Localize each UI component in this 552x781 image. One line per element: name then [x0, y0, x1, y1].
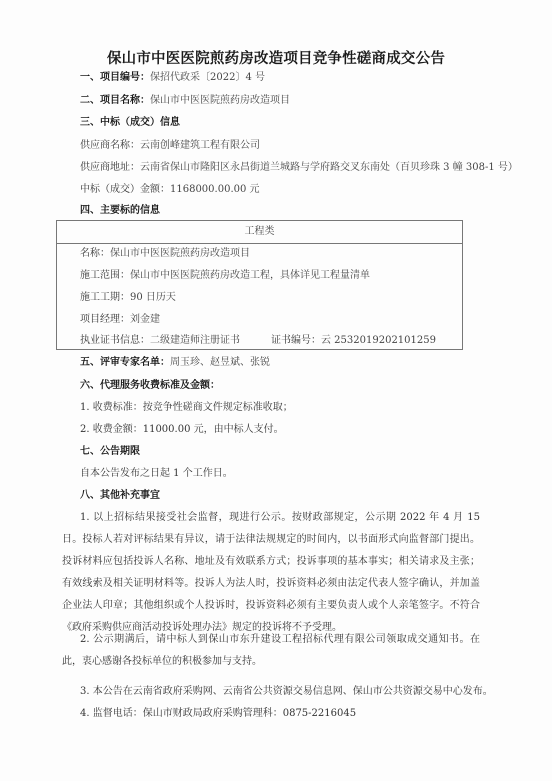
supplier-address-label: 供应商地址：	[80, 162, 140, 173]
cert-number-line: 证书编号：云 2532019202101259	[271, 334, 436, 348]
award-info-heading-line: 三、中标（成交）信息	[80, 116, 180, 130]
experts-heading: 五、评审专家名单：	[80, 357, 170, 368]
project-number-heading: 一、项目编号：	[80, 72, 150, 83]
notice-period-value: 自本公告发布之日起 1 个工作日。	[80, 467, 233, 481]
row-value-duration: 90 日历天	[130, 292, 176, 303]
supplier-address-line: 供应商地址：云南省保山市隆阳区永昌街道兰城路与学府路交叉东南处（百贝珍珠 3 幢…	[80, 161, 518, 175]
project-name-heading: 二、项目名称：	[80, 95, 150, 106]
other-matters-heading: 八、其他补充事宜	[80, 490, 160, 501]
subject-info-heading: 四、主要标的信息	[80, 205, 160, 216]
cert-number-value: 云 2532019202101259	[321, 335, 436, 346]
document-title: 保山市中医医院煎药房改造项目竞争性磋商成交公告	[0, 47, 552, 68]
fee-heading-line: 六、代理服务收费标准及金额：	[80, 379, 220, 393]
document-page: 保山市中医医院煎药房改造项目竞争性磋商成交公告 一、项目编号：保招代政采〔202…	[0, 0, 552, 781]
row-label-license: 执业证书信息：	[80, 335, 150, 346]
table-row: 执业证书信息：二级建造师注册证书	[80, 334, 240, 348]
supplier-address-value: 云南省保山市隆阳区永昌街道兰城路与学府路交叉东南处（百贝珍珠 3 幢 308-1…	[140, 162, 518, 173]
project-name-value: 保山市中医医院煎药房改造项目	[150, 95, 290, 106]
experts-value: 周玉珍、赵昱斌、张锐	[170, 357, 270, 368]
table-row: 名称：保山市中医医院煎药房改造项目	[80, 247, 250, 261]
notice-period-heading: 七、公告期限	[80, 446, 140, 457]
notice-period-heading-line: 七、公告期限	[80, 445, 140, 459]
row-value-scope: 保山市中医医院煎药房改造工程，具体详见工程量清单	[130, 270, 370, 281]
subject-info-table: 工程类	[56, 220, 463, 350]
table-row: 施工工期：90 日历天	[80, 291, 176, 305]
fee-standard-line: 1. 收费标准：按竞争性磋商文件规定标准收取；	[80, 401, 293, 415]
supplier-name-label: 供应商名称：	[80, 140, 140, 151]
supplier-name-value: 云南创峰建筑工程有限公司	[140, 140, 260, 151]
other-matters-para-4: 4. 监督电话：保山市财政局政府采购管理科：0875-2216045	[80, 707, 356, 721]
row-value-license: 二级建造师注册证书	[150, 335, 240, 346]
award-amount-label: 中标（成交）金额：	[80, 184, 170, 195]
row-label-duration: 施工工期：	[80, 292, 130, 303]
fee-heading: 六、代理服务收费标准及金额：	[80, 380, 220, 391]
other-matters-para-1: 1. 以上招标结果接受社会监督，现进行公示。按财政部规定，公示期 2022 年 …	[62, 507, 480, 639]
row-value-name: 保山市中医医院煎药房改造项目	[110, 248, 250, 259]
experts-line: 五、评审专家名单：周玉珍、赵昱斌、张锐	[80, 356, 270, 370]
cert-number-label: 证书编号：	[271, 335, 321, 346]
row-label-scope: 施工范围：	[80, 270, 130, 281]
subject-info-heading-line: 四、主要标的信息	[80, 204, 160, 218]
table-row: 施工范围：保山市中医医院煎药房改造工程，具体详见工程量清单	[80, 269, 370, 283]
project-number-line: 一、项目编号：保招代政采〔2022〕4 号	[80, 71, 265, 85]
award-info-heading: 三、中标（成交）信息	[80, 117, 180, 128]
other-matters-para-3: 3. 本公告在云南省政府采购网、云南省公共资源交易信息网、保山市公共资源交易中心…	[80, 685, 493, 699]
other-matters-para-2: 2. 公示期满后，请中标人到保山市东升建设工程招标代理有限公司领取成交通知书。在…	[62, 629, 480, 673]
row-label-name: 名称：	[80, 248, 110, 259]
award-amount-value: 1168000.00.00 元	[170, 184, 260, 195]
award-amount-line: 中标（成交）金额：1168000.00.00 元	[80, 183, 260, 197]
table-header-category: 工程类	[57, 221, 462, 244]
row-value-manager: 刘金建	[130, 314, 160, 325]
project-name-line: 二、项目名称：保山市中医医院煎药房改造项目	[80, 94, 290, 108]
row-label-manager: 项目经理：	[80, 314, 130, 325]
table-row: 项目经理：刘金建	[80, 313, 160, 327]
supplier-name-line: 供应商名称：云南创峰建筑工程有限公司	[80, 139, 260, 153]
other-matters-heading-line: 八、其他补充事宜	[80, 489, 160, 503]
project-number-value: 保招代政采〔2022〕4 号	[150, 72, 265, 83]
fee-amount-line: 2. 收费金额：11000.00 元，由中标人支付。	[80, 423, 284, 437]
